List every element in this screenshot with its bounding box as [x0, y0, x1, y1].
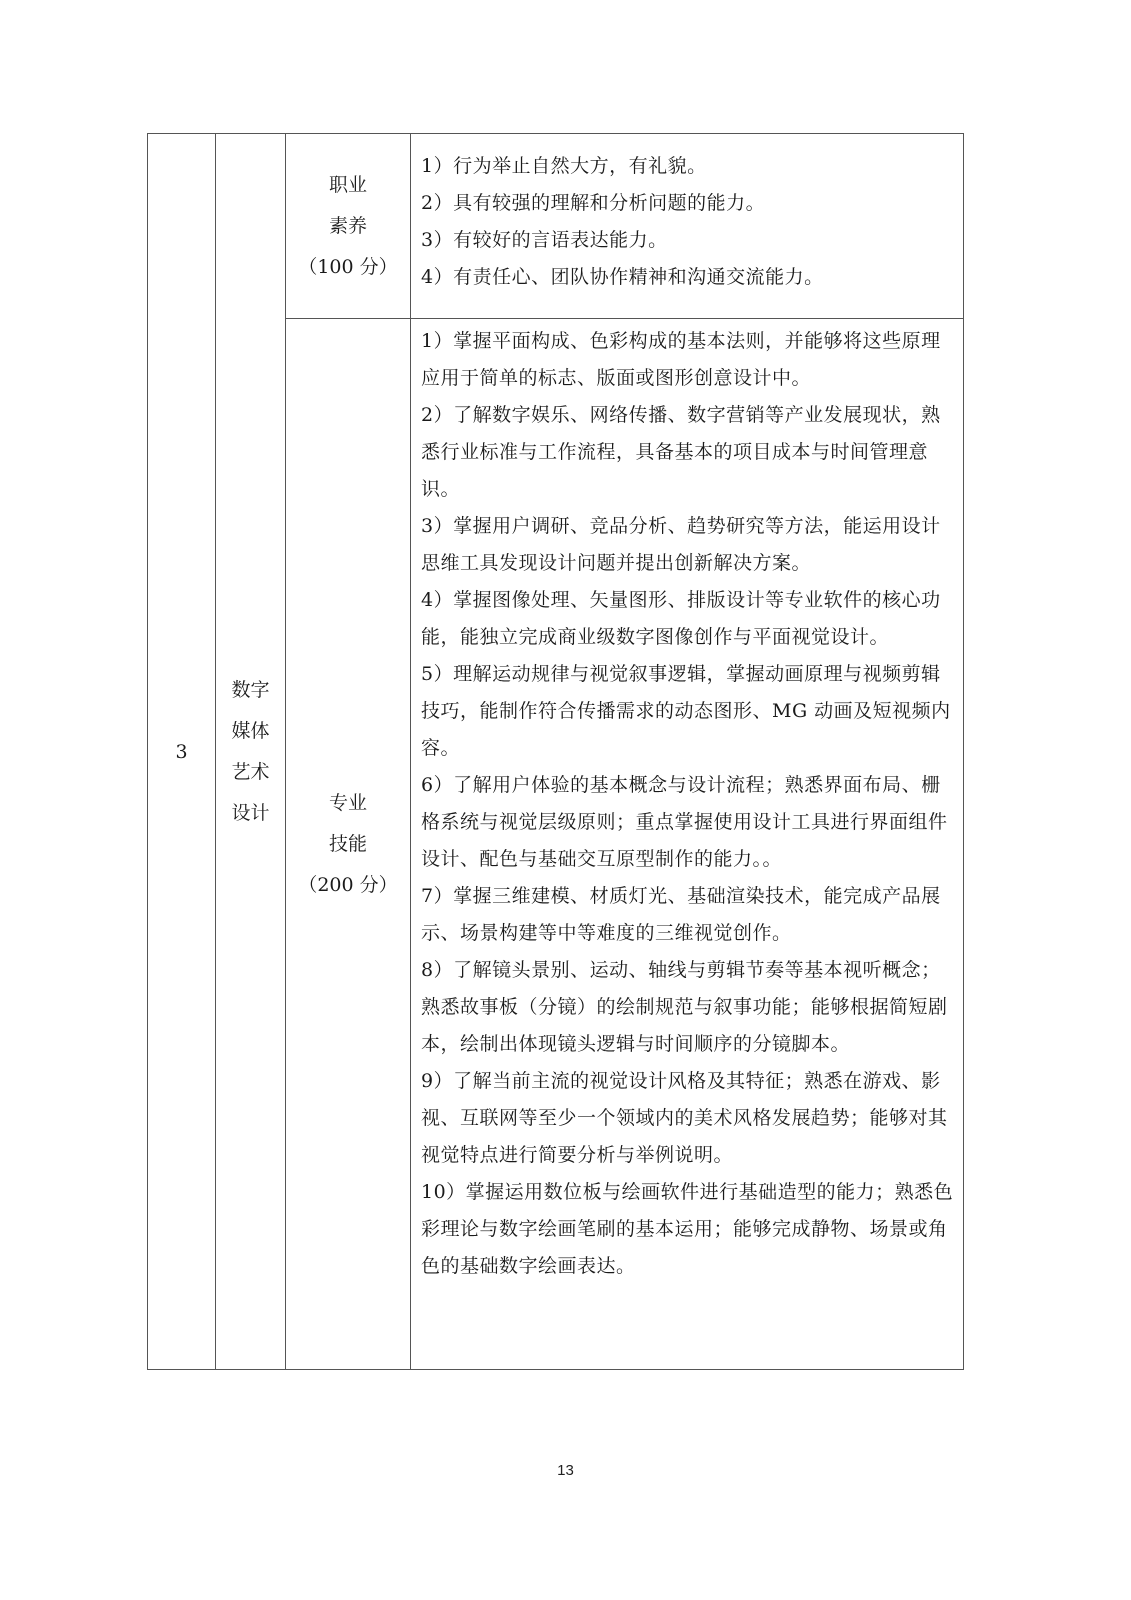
- category-score: （100 分）: [286, 247, 410, 288]
- category-score: （200 分）: [286, 865, 410, 906]
- requirement-item: 4）掌握图像处理、矢量图形、排版设计等专业软件的核心功能，能独立完成商业级数字图…: [421, 582, 955, 656]
- major-text: 艺术: [216, 752, 285, 793]
- index-cell: 3: [148, 134, 216, 1370]
- requirement-item: 8）了解镜头景别、运动、轴线与剪辑节奏等基本视听概念；熟悉故事板（分镜）的绘制规…: [421, 952, 955, 1063]
- major-cell: 数字 媒体 艺术 设计: [216, 134, 286, 1370]
- category-text: 素养: [286, 206, 410, 247]
- major-text: 媒体: [216, 711, 285, 752]
- requirement-item: 5）理解运动规律与视觉叙事逻辑，掌握动画原理与视频剪辑技巧，能制作符合传播需求的…: [421, 656, 955, 767]
- table-row: 3 数字 媒体 艺术 设计 职业 素养 （100 分） 1）行为举止自然大方，有…: [148, 134, 964, 319]
- requirement-item: 3）掌握用户调研、竞品分析、趋势研究等方法，能运用设计思维工具发现设计问题并提出…: [421, 508, 955, 582]
- items-cell-professional-quality: 1）行为举止自然大方，有礼貌。 2）具有较强的理解和分析问题的能力。 3）有较好…: [411, 134, 964, 319]
- requirement-item: 7）掌握三维建模、材质灯光、基础渲染技术，能完成产品展示、场景构建等中等难度的三…: [421, 878, 955, 952]
- requirement-item: 10）掌握运用数位板与绘画软件进行基础造型的能力；熟悉色彩理论与数字绘画笔刷的基…: [421, 1174, 955, 1285]
- major-text: 数字: [216, 670, 285, 711]
- requirement-item: 2）具有较强的理解和分析问题的能力。: [421, 185, 955, 222]
- category-text: 专业: [286, 783, 410, 824]
- category-cell-professional-quality: 职业 素养 （100 分）: [286, 134, 411, 319]
- major-text: 设计: [216, 793, 285, 834]
- category-text: 职业: [286, 165, 410, 206]
- requirement-item: 3）有较好的言语表达能力。: [421, 222, 955, 259]
- requirement-item: 1）行为举止自然大方，有礼貌。: [421, 148, 955, 185]
- category-cell-professional-skills: 专业 技能 （200 分）: [286, 319, 411, 1370]
- document-page: 3 数字 媒体 艺术 设计 职业 素养 （100 分） 1）行为举止自然大方，有…: [0, 0, 1131, 1600]
- requirement-item: 2）了解数字娱乐、网络传播、数字营销等产业发展现状，熟悉行业标准与工作流程，具备…: [421, 397, 955, 508]
- index-number: 3: [175, 741, 187, 763]
- requirement-item: 4）有责任心、团队协作精神和沟通交流能力。: [421, 259, 955, 296]
- category-text: 技能: [286, 824, 410, 865]
- requirements-table: 3 数字 媒体 艺术 设计 职业 素养 （100 分） 1）行为举止自然大方，有…: [147, 133, 964, 1370]
- items-cell-professional-skills: 1）掌握平面构成、色彩构成的基本法则，并能够将这些原理应用于简单的标志、版面或图…: [411, 319, 964, 1370]
- page-number: 13: [0, 1462, 1131, 1479]
- requirement-item: 1）掌握平面构成、色彩构成的基本法则，并能够将这些原理应用于简单的标志、版面或图…: [421, 323, 955, 397]
- requirement-item: 9）了解当前主流的视觉设计风格及其特征；熟悉在游戏、影视、互联网等至少一个领域内…: [421, 1063, 955, 1174]
- requirement-item: 6）了解用户体验的基本概念与设计流程；熟悉界面布局、栅格系统与视觉层级原则；重点…: [421, 767, 955, 878]
